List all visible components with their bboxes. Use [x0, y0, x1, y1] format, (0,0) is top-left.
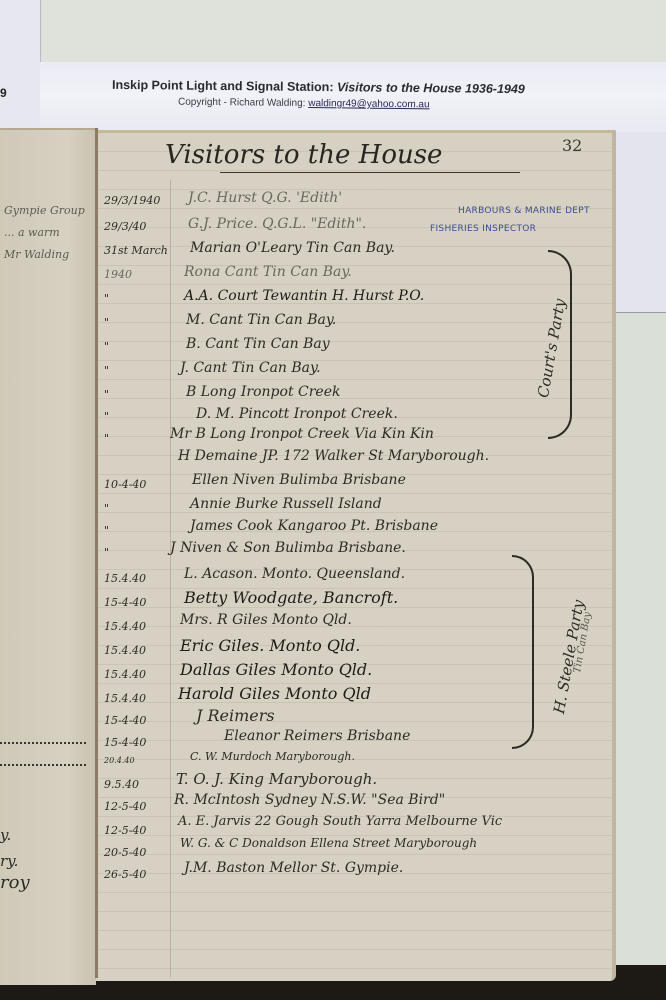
entry-text: Marian O'Leary Tin Can Bay.: [190, 240, 395, 256]
entry-date: 20.4.40: [104, 756, 135, 765]
entry-date: ": [104, 410, 109, 423]
entry-date: ": [104, 546, 109, 559]
entry-date: ": [104, 502, 109, 515]
entry-date: ": [104, 432, 109, 445]
entry-text: B. Cant Tin Can Bay: [186, 336, 330, 352]
entry-text: J.M. Baston Mellor St. Gympie.: [184, 860, 403, 876]
left-note: ry.: [0, 852, 18, 870]
entry-text: T. O. J. King Maryborough.: [176, 770, 377, 788]
entry-date: 15-4-40: [104, 736, 146, 749]
entry-text: Eleanor Reimers Brisbane: [224, 728, 410, 744]
entry-text: J Niven & Son Bulimba Brisbane.: [170, 540, 406, 556]
entry-date: 29/3/40: [104, 220, 146, 233]
entry-text: D. M. Pincott Ironpot Creek.: [196, 406, 398, 422]
group-brace: [512, 555, 534, 749]
entry-text: B Long Ironpot Creek: [186, 384, 341, 400]
entry-date: 9.5.40: [104, 778, 139, 791]
page-number: 32: [562, 136, 582, 155]
entry-text: Mrs. R Giles Monto Qld.: [180, 612, 352, 628]
entry-date: ": [104, 292, 109, 305]
entry-date: 29/3/1940: [104, 194, 160, 207]
entry-text: R. McIntosh Sydney N.S.W. "Sea Bird": [174, 792, 445, 808]
entry-text: G.J. Price. Q.G.L. "Edith".: [188, 216, 366, 232]
entry-date: ": [104, 388, 109, 401]
entry-date: 12-5-40: [104, 800, 146, 813]
entry-text: H Demaine JP. 172 Walker St Maryborough.: [178, 448, 489, 464]
entry-text: W. G. & C Donaldson Ellena Street Marybo…: [180, 836, 477, 850]
right-background-sheet: [612, 132, 666, 312]
background-sheet: [40, 0, 666, 62]
entry-date: 10-4-40: [104, 478, 146, 491]
blue-annotation: HARBOURS & MARINE DEPT: [458, 206, 590, 216]
right-background-surface: [612, 312, 666, 1000]
margin-line: [170, 180, 171, 978]
entry-date: 15.4.40: [104, 620, 146, 633]
left-sheet-fragment: 9: [0, 86, 7, 100]
entry-text: Mr B Long Ironpot Creek Via Kin Kin: [170, 426, 434, 442]
title-underline: [220, 172, 520, 173]
entry-date: 31st March: [104, 244, 168, 257]
entry-date: ": [104, 316, 109, 329]
entry-date: 12-5-40: [104, 824, 146, 837]
copyright-text: Copyright - Richard Walding:: [178, 97, 306, 109]
entry-text: Annie Burke Russell Island: [190, 496, 382, 512]
entry-text: J.C. Hurst Q.G. 'Edith': [188, 190, 342, 206]
entry-text: Betty Woodgate, Bancroft.: [184, 588, 398, 607]
caption-title-plain: Inskip Point Light and Signal Station:: [112, 78, 337, 94]
entry-text: James Cook Kangaroo Pt. Brisbane: [190, 518, 438, 534]
page-title: Visitors to the House: [165, 140, 442, 170]
blue-annotation: FISHERIES INSPECTOR: [430, 224, 536, 234]
entry-text: Dallas Giles Monto Qld.: [180, 660, 372, 679]
email-link[interactable]: waldingr49@yahoo.com.au: [308, 98, 429, 110]
entry-date: 1940: [104, 268, 132, 281]
entry-date: 15.4.40: [104, 668, 146, 681]
squiggle-line: [0, 762, 86, 766]
entry-date: ": [104, 364, 109, 377]
entry-text: J. Cant Tin Can Bay.: [180, 360, 321, 376]
entry-text: A. E. Jarvis 22 Gough South Yarra Melbou…: [178, 814, 502, 829]
left-note: roy: [0, 872, 30, 893]
entry-text: A.A. Court Tewantin H. Hurst P.O.: [184, 288, 424, 304]
entry-text: C. W. Murdoch Maryborough.: [190, 750, 355, 763]
book-gutter: [95, 128, 98, 978]
entry-date: 26-5-40: [104, 868, 146, 881]
left-note: Gympie Group: [4, 204, 85, 217]
entry-text: L. Acason. Monto. Queensland.: [184, 566, 405, 582]
entry-text: Eric Giles. Monto Qld.: [180, 636, 360, 655]
entry-date: 20-5-40: [104, 846, 146, 859]
squiggle-line: [0, 740, 86, 744]
entry-date: 15-4-40: [104, 714, 146, 727]
left-note: y.: [0, 826, 11, 844]
left-note: Mr Walding: [4, 248, 69, 261]
entry-text: Harold Giles Monto Qld: [178, 684, 371, 703]
entry-text: J Reimers: [196, 706, 275, 725]
entry-date: ": [104, 340, 109, 353]
entry-text: Rona Cant Tin Can Bay.: [184, 264, 352, 280]
entry-date: 15.4.40: [104, 692, 146, 705]
entry-text: M. Cant Tin Can Bay.: [186, 312, 336, 328]
left-note: ... a warm: [4, 226, 60, 239]
entry-date: 15.4.40: [104, 572, 146, 585]
entry-text: Ellen Niven Bulimba Brisbane: [192, 472, 406, 488]
caption-title-italic: Visitors to the House 1936-1949: [337, 80, 525, 96]
entry-date: 15.4.40: [104, 644, 146, 657]
left-background-sheet: [0, 0, 41, 135]
entry-date: 15-4-40: [104, 596, 146, 609]
entry-date: ": [104, 524, 109, 537]
caption-strip: [40, 62, 666, 132]
